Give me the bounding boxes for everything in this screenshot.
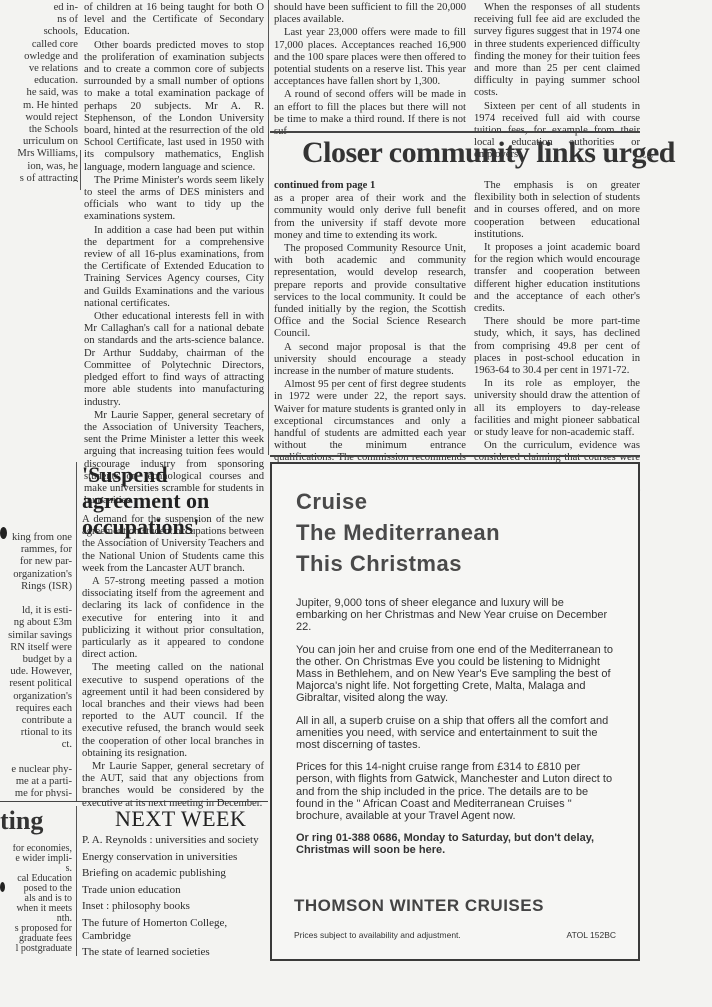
fragment-line: king from one: [0, 532, 72, 544]
paragraph: Last year 23,000 offers were made to fil…: [274, 27, 466, 88]
fragment-line: urriculum on: [0, 136, 78, 148]
fragment-line: ude. However,: [0, 666, 72, 678]
headline-fragment: ting: [0, 806, 43, 836]
section-rule: [270, 131, 640, 133]
paragraph: There should be more part-time study, wh…: [474, 316, 640, 377]
advert-paragraph: Jupiter, 9,000 tons of sheer elegance an…: [296, 597, 618, 634]
paragraph: The meeting called on the national execu…: [82, 662, 264, 760]
advert-title: Cruise The Mediterranean This Christmas: [296, 486, 500, 579]
next-week-item: Trade union education: [82, 884, 264, 897]
paragraph: as a proper area of their work and the c…: [274, 193, 466, 242]
fragment-line: education.: [0, 75, 78, 87]
paragraph: The emphasis is on greater flexibility b…: [474, 180, 640, 241]
fragment-line: ion, was, he: [0, 161, 78, 173]
left-fragment-middle: king from onerammes, forfor new par-orga…: [0, 532, 72, 797]
fragment-line: budget by a: [0, 654, 72, 666]
paragraph: of children at 16 being taught for both …: [84, 2, 264, 39]
article-exams-column: of children at 16 being taught for both …: [84, 2, 264, 508]
fragment-line: ng about £3m: [0, 617, 72, 629]
advert-footer: Prices subject to availability and adjus…: [294, 930, 616, 940]
advert-brand: THOMSON WINTER CRUISES: [294, 896, 544, 916]
column-rule: [80, 150, 81, 190]
cruise-advertisement: Cruise The Mediterranean This Christmas …: [270, 462, 640, 961]
fragment-line: s of attracting: [0, 173, 78, 182]
fragment-line: he said, was: [0, 87, 78, 99]
fragment-line: organization's: [0, 569, 72, 581]
advert-call-to-action: Or ring 01-388 0686, Monday to Saturday,…: [296, 832, 618, 856]
article-suspend-column: A demand for the suspension of the new a…: [82, 514, 264, 811]
fragment-line: similar savings: [0, 630, 72, 642]
next-week-item: Briefing on academic publishing: [82, 867, 264, 880]
ink-blot: [0, 527, 7, 539]
paragraph: In its role as employer, the university …: [474, 378, 640, 439]
advert-title-line: The Mediterranean: [296, 517, 500, 548]
advert-title-line: Cruise: [296, 486, 500, 517]
headline-closer-community: Closer community links urged: [302, 136, 675, 170]
fragment-line: ct.: [0, 739, 72, 751]
fragment-line: rtional to its: [0, 727, 72, 739]
fragment-line: resent political: [0, 678, 72, 690]
fragment-line: me at a parti-: [0, 776, 72, 788]
next-week-item: The state of learned societies: [82, 946, 264, 959]
left-fragment-bottom: for economies,e wider impli-s.cal Educat…: [0, 844, 72, 954]
fragment-line: would reject: [0, 112, 78, 124]
advert-body: Jupiter, 9,000 tons of sheer elegance an…: [296, 597, 618, 867]
next-week-title: NEXT WEEK: [115, 806, 246, 832]
atol-number: ATOL 152BC: [567, 930, 616, 940]
newspaper-page: ed in-ns ofschools,called coreowledge an…: [0, 0, 712, 1007]
fragment-line: schools,: [0, 26, 78, 38]
ink-blot: [0, 882, 5, 892]
fragment-line: the Schools: [0, 124, 78, 136]
fragment-line: e nuclear phy-: [0, 764, 72, 776]
column-rule: [268, 0, 269, 455]
fragment-line: m. He hinted: [0, 100, 78, 112]
fragment-line: contribute a: [0, 715, 72, 727]
fragment-line: called core: [0, 39, 78, 51]
fragment-line: ld, it is esti-: [0, 605, 72, 617]
fragment-line: owledge and: [0, 51, 78, 63]
next-week-item: Inset : philosophy books: [82, 900, 264, 913]
fragment-line: l postgraduate: [0, 944, 72, 954]
fragment-line: Mrs Williams,: [0, 148, 78, 160]
paragraph: should have been sufficient to fill the …: [274, 2, 466, 26]
paragraph: A demand for the suspension of the new a…: [82, 514, 264, 575]
section-rule: [270, 455, 640, 457]
paragraph: A second major proposal is that the univ…: [274, 342, 466, 379]
article-places-column: should have been sufficient to fill the …: [274, 2, 466, 139]
fragment-line: for new par-: [0, 556, 72, 568]
paragraph: Mr Laurie Sapper, general secretary of t…: [82, 761, 264, 810]
paragraph: The Prime Minister's words seem likely t…: [84, 175, 264, 224]
advert-footnote: Prices subject to availability and adjus…: [294, 930, 461, 940]
handwritten-scribble: ~~: [640, 150, 653, 165]
next-week-item: Energy conservation in universities: [82, 851, 264, 864]
fragment-line: requires each: [0, 703, 72, 715]
advert-paragraph: You can join her and cruise from one end…: [296, 644, 618, 705]
section-rule: [0, 801, 268, 802]
next-week-item: The future of Homerton College, Cambridg…: [82, 917, 264, 942]
paragraph: The proposed Community Resource Unit, wi…: [274, 243, 466, 341]
paragraph: Other educational interests fell in with…: [84, 311, 264, 409]
advert-paragraph: Prices for this 14-night cruise range fr…: [296, 761, 618, 822]
fragment-line: Rings (ISR): [0, 581, 72, 593]
paragraph: In addition a case had been put within t…: [84, 225, 264, 310]
column-rule: [76, 806, 77, 956]
fragment-line: [0, 593, 72, 605]
paragraph: Other boards predicted moves to stop the…: [84, 40, 264, 174]
fragment-line: ns of: [0, 14, 78, 26]
left-fragment-top: ed in-ns ofschools,called coreowledge an…: [0, 2, 78, 182]
next-week-list: P. A. Reynolds : universities and societ…: [82, 834, 264, 963]
fragment-line: organization's: [0, 691, 72, 703]
advert-title-line: This Christmas: [296, 548, 500, 579]
fragment-line: rammes, for: [0, 544, 72, 556]
fragment-line: ed in-: [0, 2, 78, 14]
fragment-line: e wider impli-: [0, 854, 72, 864]
article-closer-column-1: continued from page 1 as a proper area o…: [274, 180, 466, 478]
paragraph: It proposes a joint academic board for t…: [474, 242, 640, 315]
fragment-line: [0, 752, 72, 764]
fragment-line: RN itself were: [0, 642, 72, 654]
paragraph: A 57-strong meeting passed a motion diss…: [82, 576, 264, 661]
paragraph: When the responses of all students recei…: [474, 2, 640, 100]
column-rule: [76, 462, 77, 802]
continued-from-label: continued from page 1: [274, 180, 466, 192]
advert-paragraph: All in all, a superb cruise on a ship th…: [296, 715, 618, 752]
fragment-line: ve relations: [0, 63, 78, 75]
fragment-line: me for physi-: [0, 788, 72, 797]
next-week-item: P. A. Reynolds : universities and societ…: [82, 834, 264, 847]
